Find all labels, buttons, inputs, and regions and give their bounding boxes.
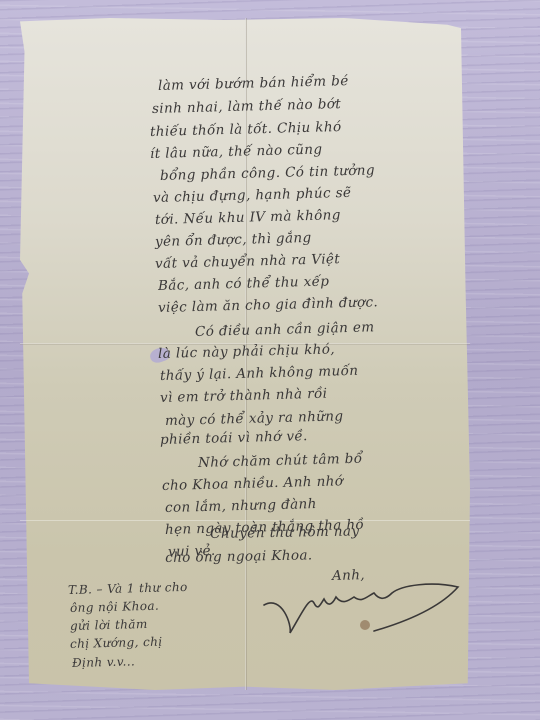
postscript-line: gửi lời thăm (70, 617, 148, 633)
letter-line: cho ông ngoại Khoa. (165, 547, 313, 566)
postscript-line: ông nội Khoa. (70, 599, 159, 615)
postscript-line: Định v.v... (72, 654, 136, 670)
letter-line: Chuyển thư hôm nay (210, 523, 359, 542)
signature-flourish (262, 575, 462, 645)
postscript-line: chị Xướng, chị (70, 635, 163, 651)
